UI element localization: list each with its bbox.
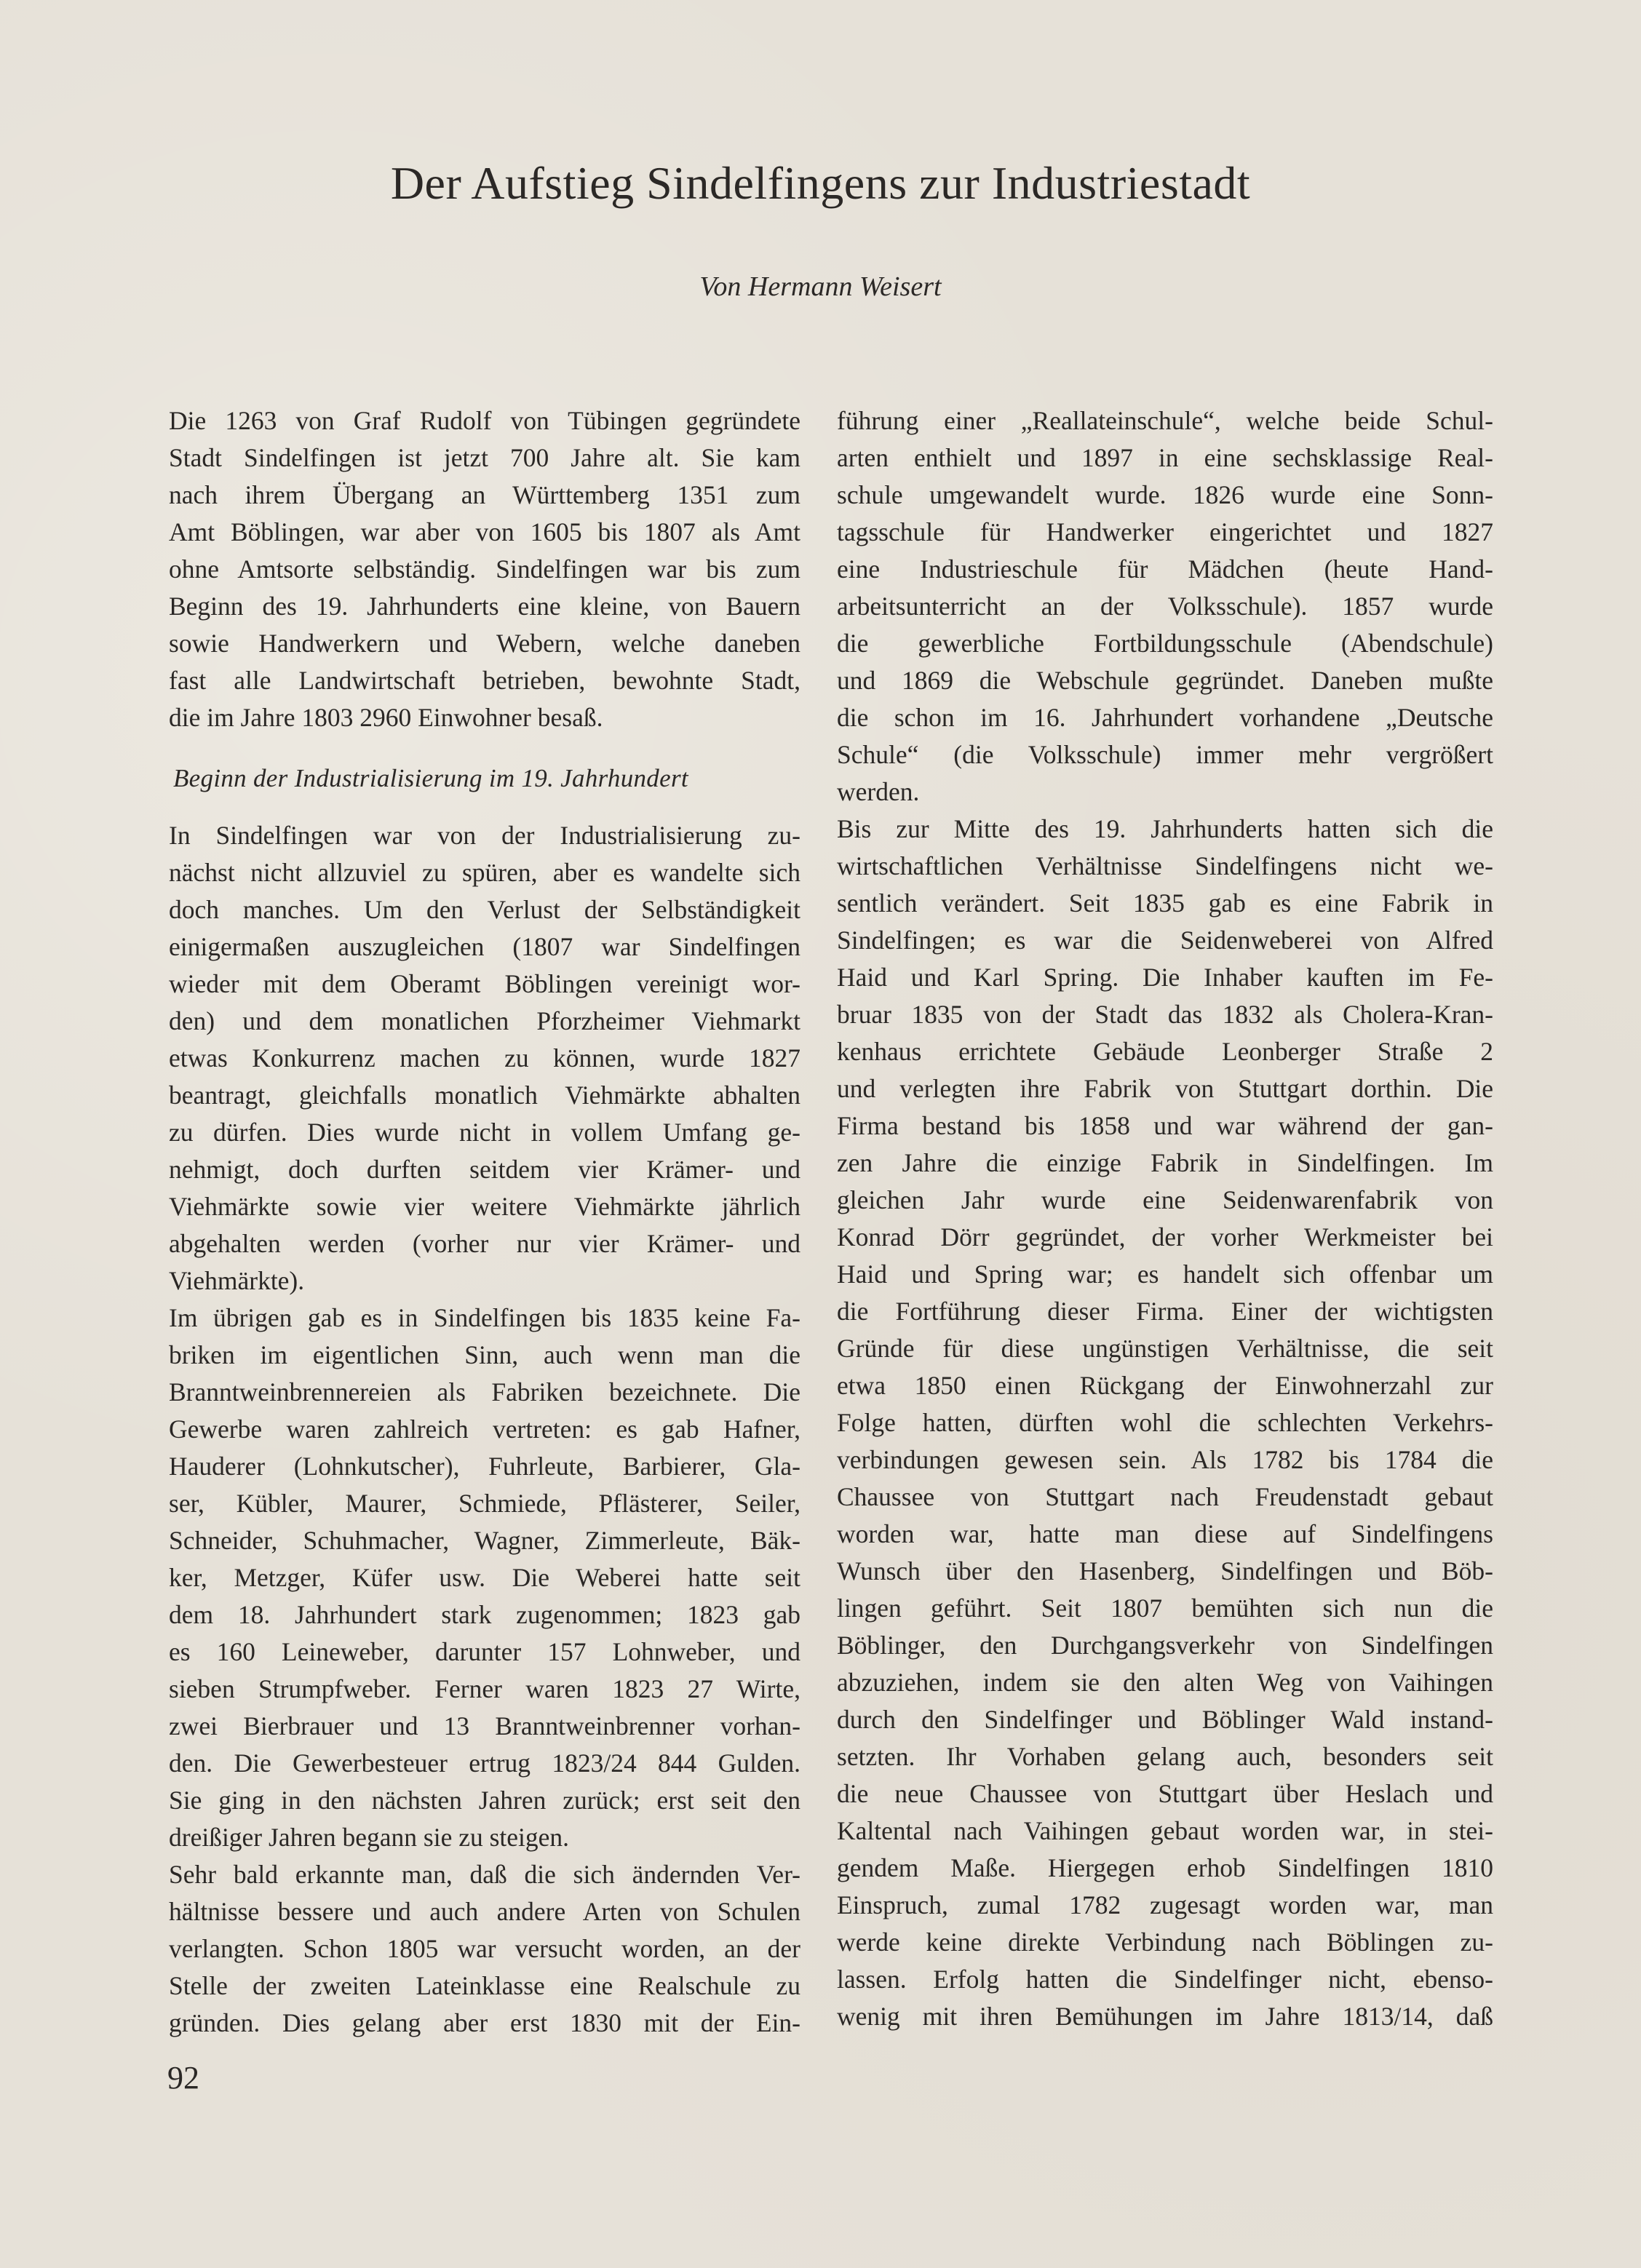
text-line: wieder mit dem Oberamt Böblingen vereini… [169,966,800,1003]
text-line: ohne Amtsorte selbständig. Sindelfingen … [169,551,800,588]
article-byline: Von Hermann Weisert [0,271,1641,303]
text-line: In Sindelfingen war von der Industrialis… [169,817,800,854]
text-line: Kaltental nach Vaihingen gebaut worden w… [837,1813,1493,1850]
text-line: sowie Handwerkern und Webern, welche dan… [169,625,800,662]
text-line: schule umgewandelt wurde. 1826 wurde ein… [837,477,1493,514]
text-line: die Fortführung dieser Firma. Einer der … [837,1293,1493,1330]
text-line: dem 18. Jahrhundert stark zugenommen; 18… [169,1596,800,1634]
text-line: Viehmärkte sowie vier weitere Viehmärkte… [169,1188,800,1225]
text-line: Im übrigen gab es in Sindelfingen bis 18… [169,1300,800,1337]
paragraph-markets: In Sindelfingen war von der Industrialis… [169,817,800,1300]
text-line: Viehmärkte). [169,1262,800,1300]
text-line: beantragt, gleichfalls monatlich Viehmär… [169,1077,800,1114]
text-line: sieben Strumpfweber. Ferner waren 1823 2… [169,1671,800,1708]
paragraph-trades: Im übrigen gab es in Sindelfingen bis 18… [169,1300,800,1856]
text-line: lassen. Erfolg hatten die Sindelfinger n… [837,1961,1493,1998]
text-line: nehmigt, doch durften seitdem vier Kräme… [169,1151,800,1188]
text-line: gleichen Jahr wurde eine Seidenwarenfabr… [837,1182,1493,1219]
text-line: den. Die Gewerbesteuer ertrug 1823/24 84… [169,1745,800,1782]
text-line: Sehr bald erkannte man, daß die sich änd… [169,1856,800,1893]
paragraph-schools-continued: führung einer „Reallateinschule“, welche… [837,402,1493,811]
text-line: Gründe für diese ungünstigen Verhältniss… [837,1330,1493,1367]
text-line: verlangten. Schon 1805 war versucht word… [169,1930,800,1967]
paragraph-schools: Sehr bald erkannte man, daß die sich änd… [169,1856,800,2042]
text-line: verbindungen gewesen sein. Als 1782 bis … [837,1441,1493,1479]
text-line: gründen. Dies gelang aber erst 1830 mit … [169,2005,800,2042]
text-line: Die 1263 von Graf Rudolf von Tübingen ge… [169,402,800,439]
text-line: nächst nicht allzuviel zu spüren, aber e… [169,854,800,891]
text-line: ser, Kübler, Maurer, Schmiede, Pflästere… [169,1485,800,1522]
text-line: die im Jahre 1803 2960 Einwohner besaß. [169,699,800,736]
text-line: zwei Bierbrauer und 13 Branntweinbrenner… [169,1708,800,1745]
text-line: Wunsch über den Hasenberg, Sindelfingen … [837,1553,1493,1590]
text-line: Sie ging in den nächsten Jahren zurück; … [169,1782,800,1819]
text-line: etwas Konkurrenz machen zu können, wurde… [169,1040,800,1077]
left-column: Die 1263 von Graf Rudolf von Tübingen ge… [169,402,800,2042]
text-line: werden. [837,773,1493,811]
text-line: bruar 1835 von der Stadt das 1832 als Ch… [837,996,1493,1033]
text-line: lingen geführt. Seit 1807 bemühten sich … [837,1590,1493,1627]
text-line: briken im eigentlichen Sinn, auch wenn m… [169,1337,800,1374]
text-line: worden war, hatte man diese auf Sindelfi… [837,1516,1493,1553]
text-line: werde keine direkte Verbindung nach Böbl… [837,1924,1493,1961]
text-line: durch den Sindelfinger und Böblinger Wal… [837,1701,1493,1738]
document-page: Der Aufstieg Sindelfingens zur Industrie… [0,0,1641,2268]
text-line: die neue Chaussee von Stuttgart über Hes… [837,1775,1493,1813]
text-line: einigermaßen auszugleichen (1807 war Sin… [169,928,800,966]
text-line: kenhaus errichtete Gebäude Leonberger St… [837,1033,1493,1070]
text-line: hältnisse bessere und auch andere Arten … [169,1893,800,1930]
text-line: abgehalten werden (vorher nur vier Kräme… [169,1225,800,1262]
text-line: Chaussee von Stuttgart nach Freudenstadt… [837,1479,1493,1516]
text-line: eine Industrieschule für Mädchen (heute … [837,551,1493,588]
text-line: den) und dem monatlichen Pforzheimer Vie… [169,1003,800,1040]
text-line: Haid und Spring war; es handelt sich off… [837,1256,1493,1293]
intro-paragraph: Die 1263 von Graf Rudolf von Tübingen ge… [169,402,800,736]
text-line: Gewerbe waren zahlreich vertreten: es ga… [169,1411,800,1448]
text-line: etwa 1850 einen Rückgang der Einwohnerza… [837,1367,1493,1404]
paragraph-economy: Bis zur Mitte des 19. Jahrhunderts hatte… [837,811,1493,2035]
text-line: Schule“ (die Volksschule) immer mehr ver… [837,736,1493,773]
text-line: arbeitsunterricht an der Volksschule). 1… [837,588,1493,625]
text-line: Amt Böblingen, war aber von 1605 bis 180… [169,514,800,551]
text-line: Stelle der zweiten Lateinklasse eine Rea… [169,1967,800,2005]
text-line: wenig mit ihren Bemühungen im Jahre 1813… [837,1998,1493,2035]
text-line: und 1869 die Webschule gegründet. Danebe… [837,662,1493,699]
text-line: Schneider, Schuhmacher, Wagner, Zimmerle… [169,1522,800,1559]
text-line: dreißiger Jahren begann sie zu steigen. [169,1819,800,1856]
text-line: die schon im 16. Jahrhundert vorhandene … [837,699,1493,736]
text-line: Bis zur Mitte des 19. Jahrhunderts hatte… [837,811,1493,848]
text-line: Firma bestand bis 1858 und war während d… [837,1107,1493,1145]
text-line: Hauderer (Lohnkutscher), Fuhrleute, Barb… [169,1448,800,1485]
text-line: Stadt Sindelfingen ist jetzt 700 Jahre a… [169,439,800,477]
text-line: die gewerbliche Fortbildungsschule (Aben… [837,625,1493,662]
text-line: ker, Metzger, Küfer usw. Die Weberei hat… [169,1559,800,1596]
text-line: wirtschaftlichen Verhältnisse Sindelfing… [837,848,1493,885]
text-line: Folge hatten, dürften wohl die schlechte… [837,1404,1493,1441]
text-line: Einspruch, zumal 1782 zugesagt worden wa… [837,1887,1493,1924]
text-line: Branntweinbrennereien als Fabriken bezei… [169,1374,800,1411]
article-title: Der Aufstieg Sindelfingens zur Industrie… [0,156,1641,210]
text-line: abzuziehen, indem sie den alten Weg von … [837,1664,1493,1701]
text-line: arten enthielt und 1897 in eine sechskla… [837,439,1493,477]
page-number: 92 [167,2059,199,2096]
text-line: setzten. Ihr Vorhaben gelang auch, beson… [837,1738,1493,1775]
text-line: Konrad Dörr gegründet, der vorher Werkme… [837,1219,1493,1256]
text-line: gendem Maße. Hiergegen erhob Sindelfinge… [837,1850,1493,1887]
text-line: zen Jahre die einzige Fabrik in Sindelfi… [837,1145,1493,1182]
text-line: Beginn des 19. Jahrhunderts eine kleine,… [169,588,800,625]
text-line: sentlich verändert. Seit 1835 gab es ein… [837,885,1493,922]
text-line: es 160 Leineweber, darunter 157 Lohnwebe… [169,1634,800,1671]
text-line: führung einer „Reallateinschule“, welche… [837,402,1493,439]
text-line: Sindelfingen; es war die Seidenweberei v… [837,922,1493,959]
text-line: doch manches. Um den Verlust der Selbstä… [169,891,800,928]
text-line: nach ihrem Übergang an Württemberg 1351 … [169,477,800,514]
text-line: fast alle Landwirtschaft betrieben, bewo… [169,662,800,699]
text-line: tagsschule für Handwerker eingerichtet u… [837,514,1493,551]
text-line: Haid und Karl Spring. Die Inhaber kaufte… [837,959,1493,996]
section-heading: Beginn der Industrialisierung im 19. Jah… [169,760,800,797]
right-column: führung einer „Reallateinschule“, welche… [837,402,1493,2035]
text-line: Böblinger, den Durchgangsverkehr von Sin… [837,1627,1493,1664]
text-line: und verlegten ihre Fabrik von Stuttgart … [837,1070,1493,1107]
text-line: zu dürfen. Dies wurde nicht in vollem Um… [169,1114,800,1151]
